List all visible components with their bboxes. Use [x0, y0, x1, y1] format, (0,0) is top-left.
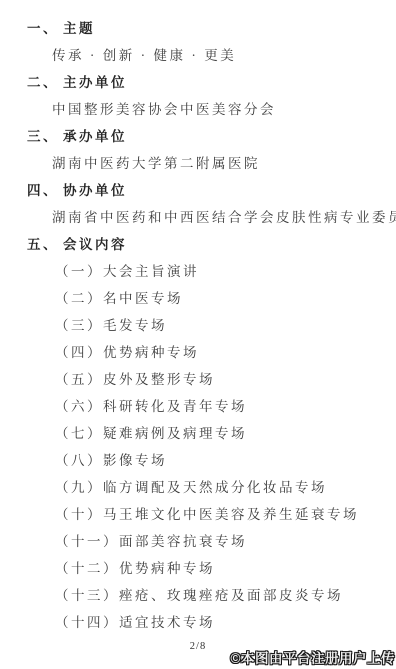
section-heading-organizer: 三、 承办单位 [0, 121, 396, 148]
agenda-item: （四）优势病种专场 [0, 337, 396, 364]
document-page: 一、 主题 传承 · 创新 · 健康 · 更美 二、 主办单位 中国整形美容协会… [0, 0, 396, 669]
agenda-item: （一）大会主旨演讲 [0, 256, 396, 283]
section-content-co-organizer: 湖南省中医药和中西医结合学会皮肤性病专业委员会 [0, 202, 396, 229]
section-title: 承办单位 [63, 125, 127, 145]
section-number: 四、 [27, 179, 59, 199]
agenda-item: （十）马王堆文化中医美容及养生延衰专场 [0, 499, 396, 526]
section-heading-co-organizer: 四、 协办单位 [0, 175, 396, 202]
agenda-item: （六）科研转化及青年专场 [0, 391, 396, 418]
agenda-item-text: （一）大会主旨演讲 [55, 260, 199, 280]
agenda-item-text: （十一）面部美容抗衰专场 [55, 530, 247, 550]
section-number: 一、 [27, 17, 59, 37]
section-title: 主办单位 [63, 71, 127, 91]
section-heading-agenda: 五、 会议内容 [0, 229, 396, 256]
agenda-item-text: （十二）优势病种专场 [55, 557, 215, 577]
section-content-host: 中国整形美容协会中医美容分会 [0, 94, 396, 121]
agenda-item-text: （二）名中医专场 [55, 287, 183, 307]
agenda-item: （八）影像专场 [0, 445, 396, 472]
agenda-item: （二）名中医专场 [0, 283, 396, 310]
agenda-item-text: （六）科研转化及青年专场 [55, 395, 247, 415]
section-title: 协办单位 [63, 179, 127, 199]
agenda-item-text: （九）临方调配及天然成分化妆品专场 [55, 476, 327, 496]
watermark: ©本图由平台注册用户上传 [231, 647, 395, 667]
section-title: 主题 [63, 17, 95, 37]
agenda-item: （十二）优势病种专场 [0, 553, 396, 580]
agenda-item: （三）毛发专场 [0, 310, 396, 337]
section-number: 五、 [27, 233, 59, 253]
section-content-text: 中国整形美容协会中医美容分会 [52, 98, 276, 118]
section-content-text: 传承 · 创新 · 健康 · 更美 [52, 44, 236, 64]
agenda-item-text: （五）皮外及整形专场 [55, 368, 215, 388]
agenda-item-text: （八）影像专场 [55, 449, 167, 469]
agenda-item: （十一）面部美容抗衰专场 [0, 526, 396, 553]
agenda-item-text: （四）优势病种专场 [55, 341, 199, 361]
section-number: 三、 [27, 125, 59, 145]
agenda-item-text: （七）疑难病例及病理专场 [55, 422, 247, 442]
section-number: 二、 [27, 71, 59, 91]
section-heading-host: 二、 主办单位 [0, 67, 396, 94]
agenda-item-text: （三）毛发专场 [55, 314, 167, 334]
agenda-item-text: （十）马王堆文化中医美容及养生延衰专场 [55, 503, 359, 523]
section-title: 会议内容 [63, 233, 127, 253]
agenda-item-text: （十三）痤疮、玫瑰痤疮及面部皮炎专场 [55, 584, 343, 604]
agenda-item: （七）疑难病例及病理专场 [0, 418, 396, 445]
section-heading-theme: 一、 主题 [0, 13, 396, 40]
section-content-text: 湖南中医药大学第二附属医院 [52, 152, 260, 172]
section-content-organizer: 湖南中医药大学第二附属医院 [0, 148, 396, 175]
agenda-item-text: （十四）适宜技术专场 [55, 611, 215, 631]
section-content-text: 湖南省中医药和中西医结合学会皮肤性病专业委员会 [52, 206, 396, 226]
agenda-item: （十三）痤疮、玫瑰痤疮及面部皮炎专场 [0, 580, 396, 607]
agenda-item: （十四）适宜技术专场 [0, 607, 396, 634]
agenda-item: （五）皮外及整形专场 [0, 364, 396, 391]
agenda-item: （九）临方调配及天然成分化妆品专场 [0, 472, 396, 499]
section-content-theme: 传承 · 创新 · 健康 · 更美 [0, 40, 396, 67]
